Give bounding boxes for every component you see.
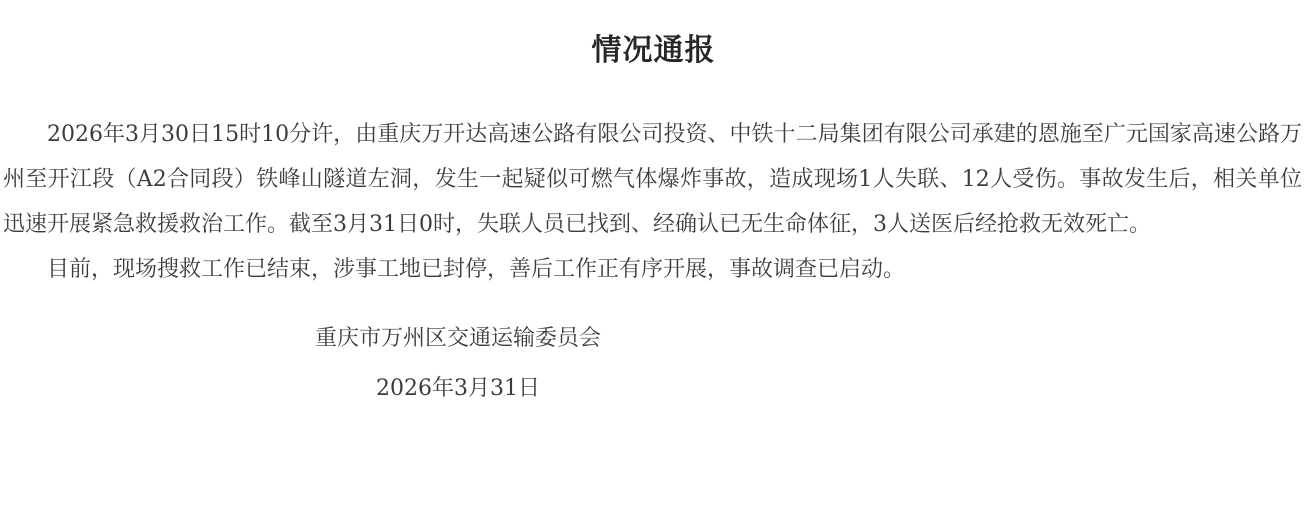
signature-block: 重庆市万州区交通运输委员会 2026年3月31日: [0, 316, 916, 411]
document-body: 2026年3月30日15时10分许，由重庆万开达高速公路有限公司投资、中铁十二局…: [0, 112, 1307, 292]
document-title: 情况通报: [0, 0, 1307, 70]
issuing-authority: 重庆市万州区交通运输委员会: [0, 316, 916, 361]
body-paragraph-2: 目前，现场搜救工作已结束，涉事工地已封停，善后工作正有序开展，事故调查已启动。: [3, 247, 1302, 292]
body-paragraph-1: 2026年3月30日15时10分许，由重庆万开达高速公路有限公司投资、中铁十二局…: [3, 112, 1302, 247]
notice-document-page: 情况通报 2026年3月30日15时10分许，由重庆万开达高速公路有限公司投资、…: [0, 0, 1307, 518]
issue-date: 2026年3月31日: [0, 366, 916, 411]
